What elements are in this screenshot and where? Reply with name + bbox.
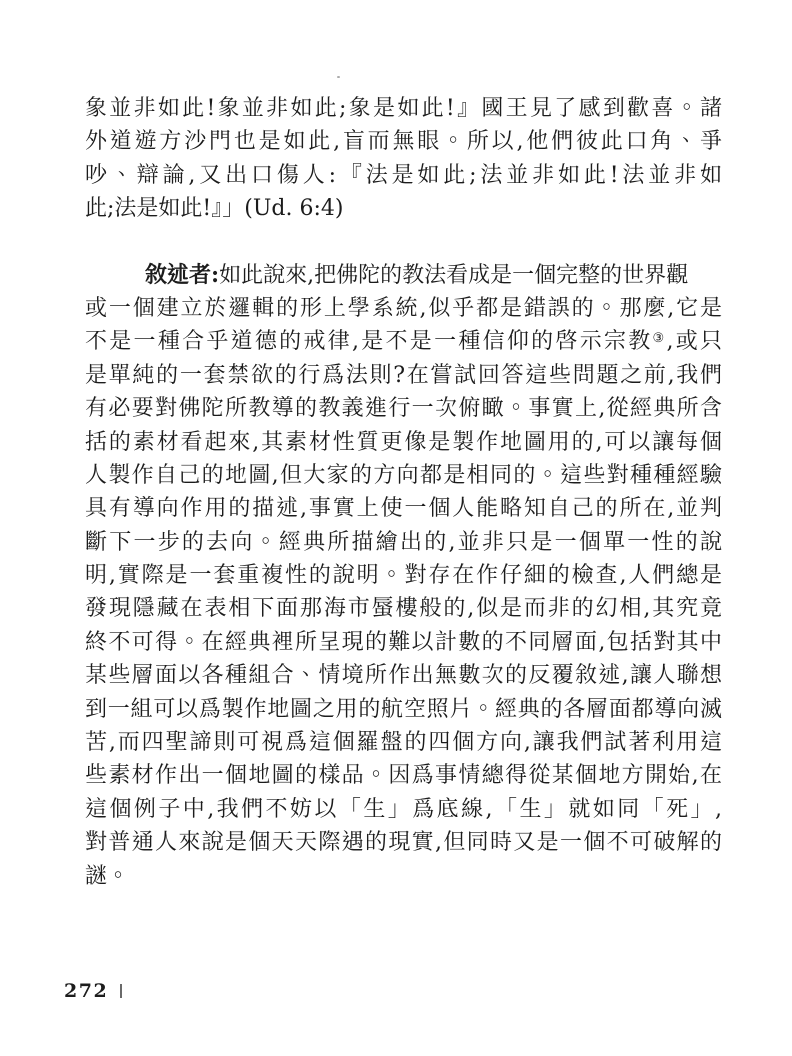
text-line: 終不可得。在經典裡所呈現的難以計數的不同層面,包括對其中 [85, 626, 722, 659]
text-line: 斷下一步的去向。經典所描繪出的,並非只是一個單一性的說 [85, 526, 722, 559]
speaker-label: 敘述者: [145, 262, 219, 288]
text-line: 明,實際是一套重複性的說明。對存在作仔細的檢查,人們總是 [85, 559, 722, 592]
text-line: 謎。 [85, 860, 722, 893]
text-line: 某些層面以各種組合、情境所作出無數次的反覆敘述,讓人聯想 [85, 659, 722, 692]
text-line: 人製作自己的地圖,但大家的方向都是相同的。這些對種種經驗 [85, 459, 722, 492]
paragraph: 敘述者:如此說來,把佛陀的教法看成是一個完整的世界觀或一個建立於邏輯的形上學系統… [85, 259, 722, 893]
text-line: 具有導向作用的描述,事實上使一個人能略知自己的所在,並判 [85, 492, 722, 525]
text-line: 吵、辯論,又出口傷人:『法是如此;法並非如此!法並非如 [85, 159, 722, 192]
page-footer: 272 [64, 981, 122, 1001]
text-line: 到一組可以爲製作地圖之用的航空照片。經典的各層面都導向滅 [85, 693, 722, 726]
text-line: 苦,而四聖諦則可視爲這個羅盤的四個方向,讓我們試著利用這 [85, 726, 722, 759]
text-line: 括的素材看起來,其素材性質更像是製作地圖用的,可以讓每個 [85, 426, 722, 459]
text-line: 敘述者:如此說來,把佛陀的教法看成是一個完整的世界觀 [85, 259, 722, 292]
text-line: 對普通人來說是個天天際遇的現實,但同時又是一個不可破解的 [85, 826, 722, 859]
text-line: 不是一種合乎道德的戒律,是不是一種信仰的啓示宗教③,或只 [85, 325, 722, 358]
footer-divider-bar [120, 984, 122, 998]
text-line: 此;法是如此!』」(Ud. 6:4) [85, 192, 722, 225]
text-line: 這個例子中,我們不妨以「生」爲底線,「生」就如同「死」, [85, 793, 722, 826]
paragraph: 象並非如此!象並非如此;象是如此!』國王見了感到歡喜。諸外道遊方沙門也是如此,盲… [85, 92, 722, 226]
page-number: 272 [64, 981, 108, 1001]
scan-artifact-dot [337, 76, 340, 78]
text-line: 或一個建立於邏輯的形上學系統,似乎都是錯誤的。那麼,它是 [85, 292, 722, 325]
footnote-marker: ③ [653, 331, 667, 346]
book-page: 象並非如此!象並非如此;象是如此!』國王見了感到歡喜。諸外道遊方沙門也是如此,盲… [0, 0, 792, 1056]
text-line: 些素材作出一個地圖的樣品。因爲事情總得從某個地方開始,在 [85, 759, 722, 792]
text-line: 有必要對佛陀所教導的教義進行一次俯瞰。事實上,從經典所含 [85, 392, 722, 425]
text-line: 發現隱藏在表相下面那海市蜃樓般的,似是而非的幻相,其究竟 [85, 592, 722, 625]
text-line: 象並非如此!象並非如此;象是如此!』國王見了感到歡喜。諸 [85, 92, 722, 125]
text-line: 外道遊方沙門也是如此,盲而無眼。所以,他們彼此口角、爭 [85, 125, 722, 158]
body-text: 象並非如此!象並非如此;象是如此!』國王見了感到歡喜。諸外道遊方沙門也是如此,盲… [85, 92, 722, 893]
text-line: 是單純的一套禁欲的行爲法則?在嘗試回答這些問題之前,我們 [85, 359, 722, 392]
